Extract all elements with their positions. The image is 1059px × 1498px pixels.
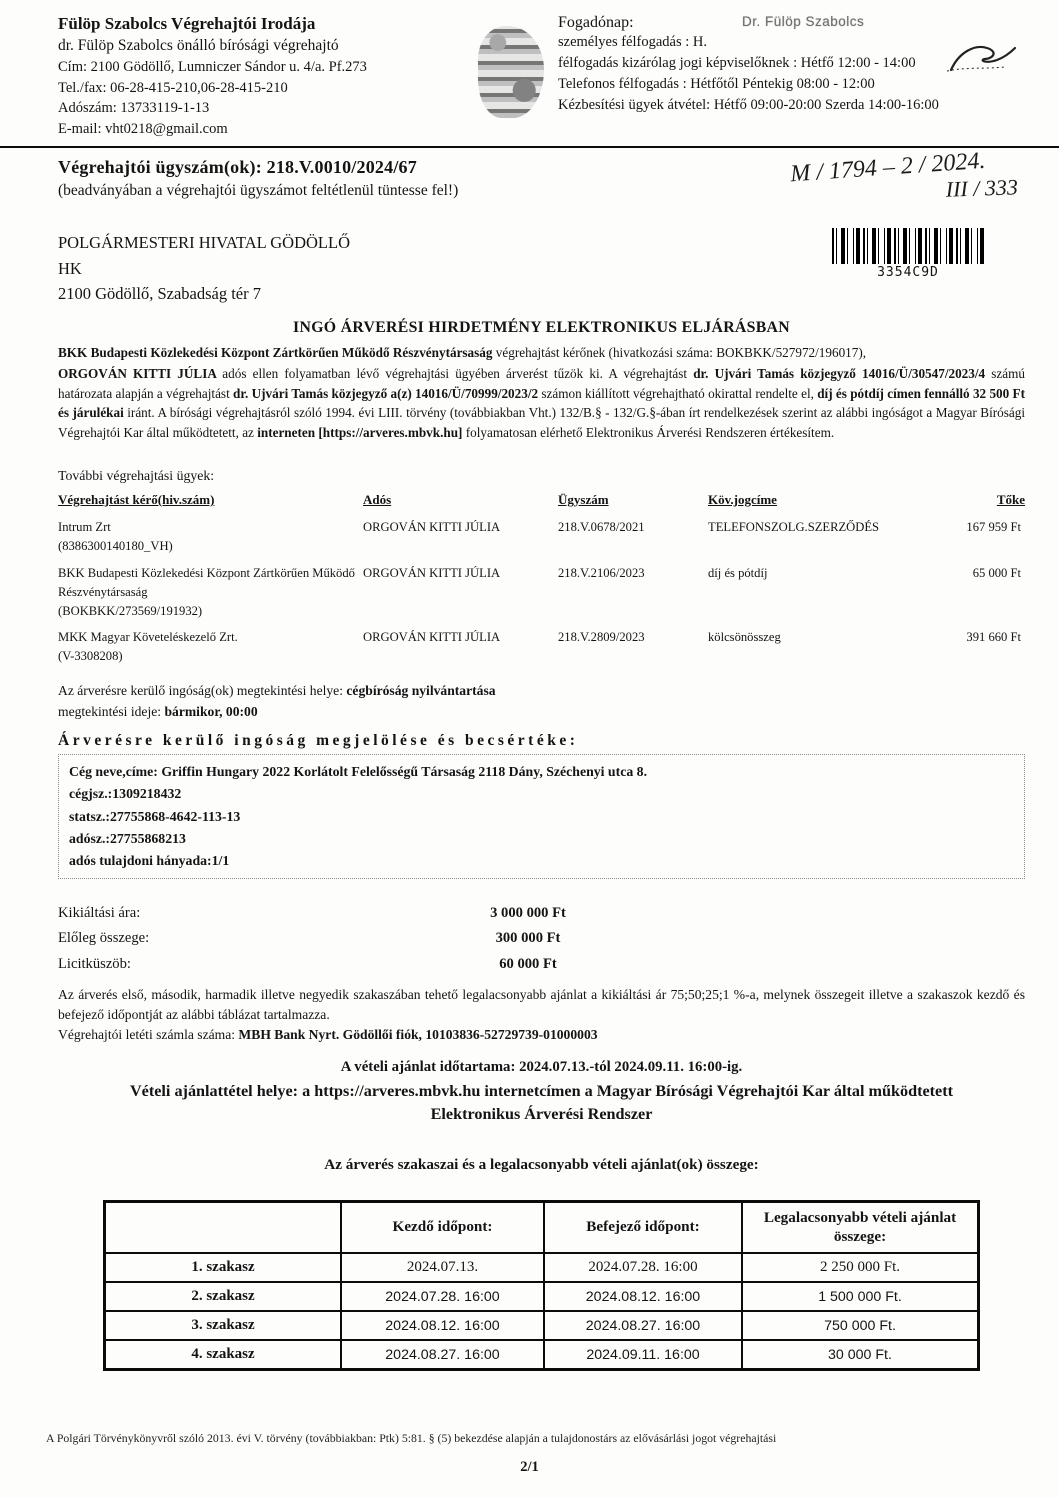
table-row: 2. szakasz 2024.07.28. 16:00 2024.08.12.… (105, 1282, 979, 1311)
cell-principal: 391 660 Ft (943, 624, 1025, 670)
price-row-starting: Kikiáltási ára: 3 000 000 Ft (58, 901, 1025, 927)
office-address: Cím: 2100 Gödöllő, Lumniczer Sándor u. 4… (58, 57, 478, 78)
auction-item-box: Cég neve,címe: Griffin Hungary 2022 Korl… (58, 754, 1025, 878)
viewing-info: Az árverésre kerülő ingóság(ok) megtekin… (58, 680, 1025, 722)
page-number: 2/1 (0, 1459, 1059, 1476)
cell-claim: kölcsönösszeg (708, 624, 943, 670)
stage-end: 2024.08.12. 16:00 (544, 1282, 742, 1311)
stage-label: 4. szakasz (105, 1340, 342, 1370)
creditor-name: MKK Magyar Követeléskezelő Zrt. (58, 628, 359, 647)
price-label: Kikiáltási ára: (58, 901, 418, 927)
footer-legal-text: A Polgári Törvénykönyvről szóló 2013. év… (46, 1431, 1035, 1446)
cell-creditor: Intrum Zrt (8386300140180_VH) (58, 514, 363, 560)
cell-debtor: ORGOVÁN KITTI JÚLIA (363, 560, 558, 625)
table-row: MKK Magyar Követeléskezelő Zrt. (V-33082… (58, 624, 1025, 670)
case-number-block: Végrehajtói ügyszám(ok): 218.V.0010/2024… (58, 157, 1025, 200)
cell-claim: díj és pótdíj (708, 560, 943, 625)
recipient-address: 2100 Gödöllő, Szabadság tér 7 (58, 281, 1025, 307)
stages-header-end: Befejező időpont: (544, 1201, 742, 1253)
price-label: Előleg összege: (58, 926, 418, 952)
handwritten-annotation: M / 1794 – 2 / 2024. III / 333 (790, 145, 1033, 212)
cell-case-no: 218.V.2106/2023 (558, 560, 708, 625)
creditor-ref: (BOKBKK/273569/191932) (58, 602, 359, 621)
stage-min-offer: 1 500 000 Ft. (742, 1282, 979, 1311)
cell-claim: TELEFONSZOLG.SZERZŐDÉS (708, 514, 943, 560)
stage-start: 2024.08.27. 16:00 (341, 1340, 544, 1370)
document-title: INGÓ ÁRVERÉSI HIRDETMÉNY ELEKTRONIKUS EL… (58, 319, 1025, 337)
table-row: 3. szakasz 2024.08.12. 16:00 2024.08.27.… (105, 1311, 979, 1340)
stage-min-offer: 30 000 Ft. (742, 1340, 979, 1370)
creditor-ref: (8386300140180_VH) (58, 537, 359, 556)
stage-start: 2024.07.28. 16:00 (341, 1282, 544, 1311)
further-cases-table: Végrehajtást kérő(hiv.szám) Adós Ügyszám… (58, 488, 1025, 670)
stage-label: 3. szakasz (105, 1311, 342, 1340)
office-phone: Tel./fax: 06-28-415-210,06-28-415-210 (58, 78, 478, 99)
viewing-time: megtekintési ideje: bármikor, 00:00 (58, 701, 1025, 722)
stages-header-min-offer: Legalacsonyabb vételi ajánlat összege: (742, 1201, 979, 1253)
offer-place-line: Vételi ajánlattétel helye: a https://arv… (98, 1080, 985, 1125)
offer-period-line: A vételi ajánlat időtartama: 2024.07.13.… (58, 1059, 1025, 1076)
creditor-ref: (V-3308208) (58, 647, 359, 666)
stages-header-empty (105, 1201, 342, 1253)
item-section-heading: Árverésre kerülő ingóság megjelölése és … (58, 732, 1025, 750)
company-reg-no: cégjsz.:1309218432 (69, 783, 1014, 805)
stages-explanation: Az árverés első, második, harmadik illet… (58, 985, 1025, 1025)
deposit-account-line: Végrehajtói letéti számla száma: MBH Ban… (58, 1025, 1025, 1045)
cell-debtor: ORGOVÁN KITTI JÚLIA (363, 624, 558, 670)
stages-header-row: Kezdő időpont: Befejező időpont: Legalac… (105, 1201, 979, 1253)
faint-bailiff-name: Dr. Fülöp Szabolcs (742, 14, 864, 29)
table-row: BKK Budapesti Közlekedési Központ Zártkö… (58, 560, 1025, 625)
stage-end: 2024.08.27. 16:00 (544, 1311, 742, 1340)
creditor-name: Intrum Zrt (58, 518, 359, 537)
pricing-block: Kikiáltási ára: 3 000 000 Ft Előleg össz… (58, 901, 1025, 978)
header-claim: Köv.jogcíme (708, 488, 943, 514)
header-divider (0, 146, 1059, 148)
stage-min-offer: 2 250 000 Ft. (742, 1253, 979, 1282)
stage-start: 2024.08.12. 16:00 (341, 1311, 544, 1340)
debtor-ownership-share: adós tulajdoni hányada:1/1 (69, 850, 1014, 872)
cell-case-no: 218.V.0678/2021 (558, 514, 708, 560)
header-principal: Tőke (943, 488, 1025, 514)
table-row: 1. szakasz 2024.07.13. 2024.07.28. 16:00… (105, 1253, 979, 1282)
barcode-text: 3354C9D (829, 265, 987, 280)
company-name-address: Cég neve,címe: Griffin Hungary 2022 Korl… (69, 761, 1014, 783)
price-row-bid-step: Licitküszöb: 60 000 Ft (58, 952, 1025, 978)
price-value: 3 000 000 Ft (418, 901, 638, 927)
further-cases-label: További végrehajtási ügyek: (58, 468, 1025, 484)
barcode-image (832, 228, 984, 264)
stage-end: 2024.09.11. 16:00 (544, 1340, 742, 1370)
cell-debtor: ORGOVÁN KITTI JÚLIA (363, 514, 558, 560)
intro-paragraph-creditor: BKK Budapesti Közlekedési Központ Zártkö… (58, 343, 1025, 362)
office-tax-id: Adószám: 13733119-1-13 (58, 98, 478, 119)
cell-case-no: 218.V.2809/2023 (558, 624, 708, 670)
company-tax-no: adósz.:27755868213 (69, 828, 1014, 850)
table-row: Intrum Zrt (8386300140180_VH) ORGOVÁN KI… (58, 514, 1025, 560)
header-creditor: Végrehajtást kérő(hiv.szám) (58, 488, 363, 514)
stage-label: 1. szakasz (105, 1253, 342, 1282)
header-debtor: Adós (363, 488, 558, 514)
auction-stages-table: Kezdő időpont: Befejező időpont: Legalac… (103, 1200, 980, 1372)
stages-table-heading: Az árverés szakaszai és a legalacsonyabb… (58, 1156, 1025, 1174)
signature-icon (945, 40, 1019, 80)
letterhead: Fülöp Szabolcs Végrehajtói Irodája dr. F… (58, 12, 1025, 139)
reception-hours-block: Dr. Fülöp Szabolcs Fogadónap: személyes … (552, 12, 1025, 116)
table-row: 4. szakasz 2024.08.27. 16:00 2024.09.11.… (105, 1340, 979, 1370)
cell-creditor: MKK Magyar Követeléskezelő Zrt. (V-33082… (58, 624, 363, 670)
office-name: Fülöp Szabolcs Végrehajtói Irodája (58, 14, 478, 34)
stage-min-offer: 750 000 Ft. (742, 1311, 979, 1340)
reception-line-delivery: Kézbesítési ügyek átvétel: Hétfő 09:00-2… (558, 95, 1025, 116)
bailiff-office-block: Fülöp Szabolcs Végrehajtói Irodája dr. F… (58, 12, 478, 139)
price-value: 60 000 Ft (418, 952, 638, 978)
price-label: Licitküszöb: (58, 952, 418, 978)
bailiff-title: dr. Fülöp Szabolcs önálló bírósági végre… (58, 35, 478, 57)
recipient-block: POLGÁRMESTERI HIVATAL GÖDÖLLŐ HK 2100 Gö… (58, 230, 1025, 307)
intro-paragraph-debtor: ORGOVÁN KITTI JÚLIA adós ellen folyamatb… (58, 364, 1025, 442)
cell-creditor: BKK Budapesti Közlekedési Központ Zártkö… (58, 560, 363, 625)
cell-principal: 65 000 Ft (943, 560, 1025, 625)
creditor-name: BKK Budapesti Közlekedési Központ Zártkö… (58, 564, 359, 602)
company-stat-no: statsz.:27755868-4642-113-13 (69, 806, 1014, 828)
stage-start: 2024.07.13. (341, 1253, 544, 1282)
header-case-no: Ügyszám (558, 488, 708, 514)
office-stamp-smudge (478, 26, 544, 118)
price-value: 300 000 Ft (418, 926, 638, 952)
stages-header-start: Kezdő időpont: (341, 1201, 544, 1253)
viewing-place: Az árverésre kerülő ingóság(ok) megtekin… (58, 680, 1025, 701)
scanned-auction-notice-page: Fülöp Szabolcs Végrehajtói Irodája dr. F… (0, 0, 1059, 1498)
price-row-deposit: Előleg összege: 300 000 Ft (58, 926, 1025, 952)
barcode-block: 3354C9D (829, 228, 987, 280)
further-cases-header-row: Végrehajtást kérő(hiv.szám) Adós Ügyszám… (58, 488, 1025, 514)
cell-principal: 167 959 Ft (943, 514, 1025, 560)
stage-end: 2024.07.28. 16:00 (544, 1253, 742, 1282)
stage-label: 2. szakasz (105, 1282, 342, 1311)
office-email: E-mail: vht0218@gmail.com (58, 119, 478, 140)
